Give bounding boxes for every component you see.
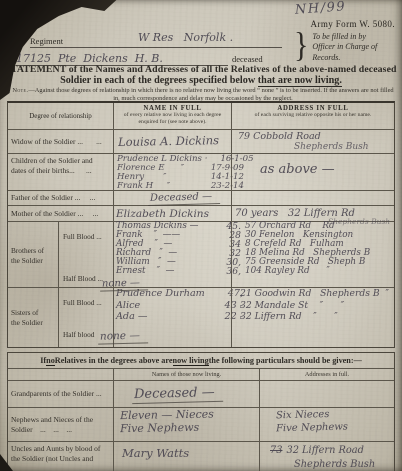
widow-label: Widow of the Soldier ... ...	[8, 130, 113, 153]
deceased-label: deceased	[232, 54, 263, 64]
heading-underlined-now-living: now living	[173, 356, 209, 366]
lower-header-names: Names of those now living.	[113, 369, 259, 380]
regiment-line: Regiment W Res Norfolk .	[30, 31, 282, 48]
reference-code: NH/99	[294, 0, 346, 18]
grandparents-value-cell: Deceased —	[113, 381, 259, 407]
child-entry: Frank H ″23-2-14	[114, 182, 231, 191]
sister-name: Alice	[116, 301, 140, 312]
brothers-none-text: none —	[100, 277, 148, 291]
uncles-name: Mary Watts	[114, 442, 259, 460]
row-nephews-nieces: Nephews and Nieces of the Soldier ... ..…	[8, 408, 394, 442]
sister-address: 21 Goodwin Rd Shepherds B ″	[232, 288, 394, 300]
row-father: Father of the Soldier ... ... Deceased —	[8, 190, 394, 205]
header-name-sub: of every relative now living in each deg…	[114, 112, 231, 126]
nephews-address-cell: Six Nieces Five Nephews	[259, 408, 394, 441]
sisters-full-blood-label: Full Blood ...	[63, 298, 113, 307]
brothers-group-2: the Soldier	[11, 256, 58, 266]
grandparents-value-text: Deceased —	[132, 385, 223, 404]
row-widow: Widow of the Soldier ... ... Louisa A. D…	[8, 129, 394, 153]
brothers-group-label: Brothers of the Soldier	[8, 222, 58, 291]
header-name-title: NAME IN FULL	[114, 105, 231, 112]
row-children: Children of the Soldier and dates of the…	[8, 153, 394, 190]
widow-name: Louisa A. Dickins	[114, 129, 231, 149]
sisters-group-label: Sisters of the Soldier	[8, 288, 58, 347]
brace-glyph: }	[294, 26, 308, 65]
soldier-line: 17125 Pte Dickens H. B.deceased	[16, 49, 288, 65]
brothers-group-1: Brothers of	[11, 246, 58, 256]
no-relatives-heading: If no Relatives in the degrees above are…	[8, 353, 394, 369]
father-value-cell: Deceased —	[113, 191, 231, 205]
sisters-group-1: Sisters of	[11, 308, 58, 318]
father-label: Father of the Soldier ... ...	[8, 191, 113, 205]
children-label-2: dates of their births... ...	[11, 166, 111, 176]
struck-number: 73	[270, 445, 282, 456]
form-number: Army Form W. 5080.	[311, 19, 395, 29]
records-note-block: } To be filled in by Officer in Charge o…	[294, 29, 377, 63]
records-note-line: Officer in Charge of	[312, 42, 377, 52]
mother-address-cell: 70 years 32 Liffern Rd Shepherds Bush	[231, 206, 394, 221]
uncles-label: Uncles and Aunts by blood of the Soldier…	[8, 442, 113, 471]
heading-part: Relatives in the degrees above are	[55, 356, 173, 365]
heading-underlined-no: no	[46, 356, 55, 366]
form-title-line2: Soldier in each of the degrees specified…	[0, 75, 402, 86]
table-header-row: Degree of relationship NAME IN FULL of e…	[8, 103, 394, 129]
nephews-names-line: Five Nephews	[114, 420, 259, 436]
row-brothers: Brothers of the Soldier Full Blood ... H…	[8, 221, 394, 287]
children-names-cell: Prudence L Dickins ·16-1-05 Florence E ″…	[113, 154, 231, 191]
sisters-none-text: none —	[98, 329, 148, 344]
brothers-half-blood-value: none —	[100, 278, 231, 291]
mother-address-2: Shepherds Bush	[328, 217, 390, 226]
uncles-street: 32 Liffern Road	[286, 445, 363, 456]
widow-address-2: Shepherds Bush	[232, 142, 394, 152]
row-sisters: Sisters of the Soldier Full Blood ... Ha…	[8, 287, 394, 347]
father-value: Deceased —	[114, 191, 231, 205]
note-lead: Note.	[12, 87, 28, 94]
sisters-names-cell: Prudence Durham47, Alice43 - Ada —22 - n…	[113, 288, 231, 347]
brothers-address-cell: 57 Orchard Rd Rd 30 Fenelon Kensington 8…	[231, 222, 394, 291]
sister-entry: Ada —22 -	[114, 311, 231, 323]
relatives-table: Degree of relationship NAME IN FULL of e…	[7, 101, 395, 348]
uncles-label-1: Uncles and Aunts by blood of	[11, 444, 111, 454]
children-address-cell: as above —	[231, 154, 394, 191]
title-underlined: that are now living.	[258, 75, 342, 87]
regiment-label: Regiment	[30, 36, 63, 46]
mother-label: Mother of the Soldier ... ...	[8, 206, 113, 221]
header-name: NAME IN FULL of every relative now livin…	[113, 103, 231, 129]
row-uncles-aunts: Uncles and Aunts by blood of the Soldier…	[8, 442, 394, 471]
widow-address-cell: 79 Cobbold Road Shepherds Bush	[231, 130, 394, 153]
title-plain: Soldier in each of the degrees specified…	[60, 75, 258, 86]
note-text: —Against those degrees of relationship i…	[28, 87, 393, 102]
row-grandparents: Grandparents of the Soldier ... Deceased…	[8, 381, 394, 408]
child-name: Frank H ″	[117, 182, 170, 191]
sister-name: Ada —	[116, 312, 147, 323]
sister-address: 32 Liffern Rd ″ ″	[232, 311, 394, 323]
widow-address-1: 79 Cobbold Road	[232, 130, 394, 142]
regiment-value: W Res Norfolk .	[138, 31, 233, 44]
records-note-line: Records.	[312, 53, 377, 63]
header-address-sub: of each surviving relative opposite his …	[232, 112, 394, 119]
father-value-text: Deceased —	[148, 191, 220, 206]
sister-entry: Alice43 -	[114, 300, 231, 312]
children-address: as above —	[232, 154, 394, 177]
nephews-label: Nephews and Nieces of the Soldier ... ..…	[8, 408, 113, 441]
lower-header-blank	[8, 369, 113, 380]
uncles-label-2: the Soldier (not Uncles and	[11, 454, 111, 464]
uncles-name-cell: Mary Watts	[113, 442, 259, 471]
uncles-address-1: 7332 Liffern Road	[260, 442, 394, 456]
lower-table-header-row: Names of those now living. Addresses in …	[8, 369, 394, 381]
scanned-army-form: NH/99 Army Form W. 5080. Regiment W Res …	[0, 0, 402, 471]
uncles-address-2: Shepherds Bush	[260, 456, 394, 470]
form-title-line1: STATEMENT of the Names and Addresses of …	[0, 64, 402, 75]
nephews-address-line: Five Nephews	[260, 419, 394, 436]
lower-header-addresses: Addresses in full.	[259, 369, 394, 380]
uncles-address-cell: 7332 Liffern Road Shepherds Bush	[259, 442, 394, 471]
records-note-line: To be filled in by	[312, 32, 377, 42]
grandparents-label: Grandparents of the Soldier ...	[8, 381, 113, 407]
brother-address: 104 Rayley Rd ″	[232, 267, 394, 276]
brothers-names-cell: Thomas Dickins —45. Frank ″ ——28 Alfred …	[113, 222, 231, 291]
grandparents-value: Deceased —	[114, 381, 259, 403]
no-relatives-table: If no Relatives in the degrees above are…	[7, 352, 395, 471]
mother-name-cell: Elizabeth Dickins	[113, 206, 231, 221]
row-mother: Mother of the Soldier ... ... Elizabeth …	[8, 205, 394, 221]
brothers-degree-split: Brothers of the Soldier Full Blood ... H…	[8, 222, 113, 291]
brother-name: Ernest ″ —	[116, 267, 174, 276]
header-degree: Degree of relationship	[8, 103, 113, 129]
children-label-1: Children of the Soldier and	[11, 156, 111, 166]
sisters-address-cell: 21 Goodwin Rd Shepherds B ″ 32 Mandale S…	[231, 288, 394, 347]
nephews-names-cell: Eleven — Nieces Five Nephews	[113, 408, 259, 441]
sister-address: 32 Mandale St ″ ″	[232, 300, 394, 312]
brothers-degree-cell: Brothers of the Soldier Full Blood ... H…	[8, 222, 113, 291]
sisters-group-2: the Soldier	[11, 318, 58, 328]
father-address-cell	[231, 191, 394, 205]
sisters-half-blood-value: none —	[98, 330, 231, 344]
mother-name: Elizabeth Dickins	[114, 206, 231, 220]
grandparents-address-cell	[259, 381, 394, 407]
header-address: ADDRESS IN FULL of each surviving relati…	[231, 103, 394, 129]
brothers-full-blood-label: Full Blood ...	[63, 232, 113, 241]
brother-entry: Ernest ″ —36,	[114, 267, 231, 276]
header-address-title: ADDRESS IN FULL	[232, 105, 394, 112]
widow-name-cell: Louisa A. Dickins	[113, 130, 231, 153]
children-label: Children of the Soldier and dates of the…	[8, 154, 113, 191]
records-note: To be filled in by Officer in Charge of …	[312, 29, 377, 63]
heading-part: the following particulars should be give…	[209, 356, 362, 365]
